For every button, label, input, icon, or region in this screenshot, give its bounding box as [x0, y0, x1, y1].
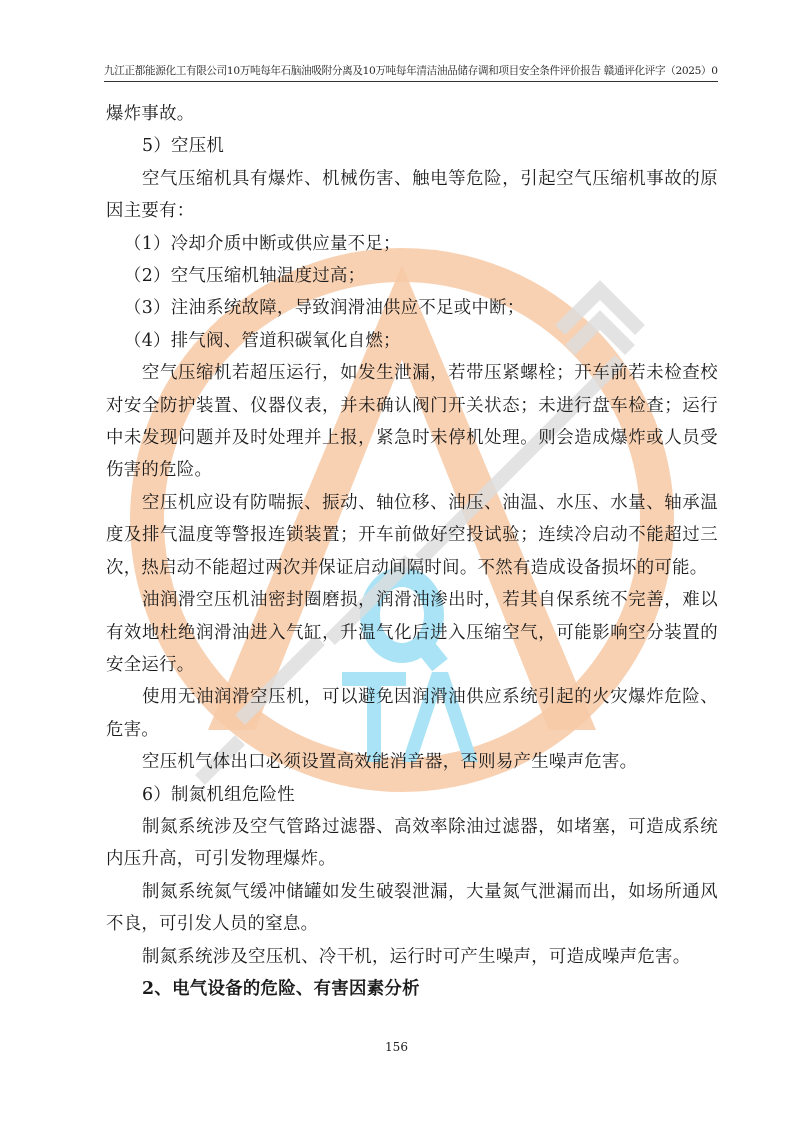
- paragraph: 空气压缩机具有爆炸、机械伤害、触电等危险，引起空气压缩机事故的原因主要有：: [106, 163, 718, 228]
- paragraph: 制氮系统氮气缓冲储罐如发生破裂泄漏，大量氮气泄漏而出，如场所通风不良，可引发人员…: [106, 876, 718, 941]
- paragraph: 空压机应设有防喘振、振动、轴位移、油压、油温、水压、水量、轴承温度及排气温度等警…: [106, 487, 718, 584]
- list-item: （2）空气压缩机轴温度过高；: [106, 260, 718, 292]
- section-heading-6: 6）制氮机组危险性: [106, 779, 718, 811]
- paragraph: 空气压缩机若超压运行，如发生泄漏，若带压紧螺栓；开车前若未检查校对安全防护装置、…: [106, 357, 718, 487]
- paragraph: 油润滑空压机油密封圈磨损，润滑油渗出时，若其自保系统不完善，难以有效地杜绝润滑油…: [106, 584, 718, 681]
- list-item: （4）排气阀、管道积碳氧化自燃；: [106, 325, 718, 357]
- list-item: （1）冷却介质中断或供应量不足；: [106, 228, 718, 260]
- running-header: 九江正都能源化工有限公司10万吨每年石脑油吸附分离及10万吨每年清洁油品储存调和…: [104, 64, 718, 82]
- document-body: 爆炸事故。 5）空压机 空气压缩机具有爆炸、机械伤害、触电等危险，引起空气压缩机…: [106, 98, 718, 1005]
- paragraph: 使用无油润滑空压机，可以避免因润滑油供应系统引起的火灾爆炸危险、危害。: [106, 681, 718, 746]
- section-heading-5: 5）空压机: [106, 130, 718, 162]
- paragraph: 制氮系统涉及空压机、冷干机，运行时可产生噪声，可造成噪声危害。: [106, 941, 718, 973]
- paragraph: 爆炸事故。: [106, 98, 718, 130]
- paragraph: 空压机气体出口必须设置高效能消音器，否则易产生噪声危害。: [106, 746, 718, 778]
- page-number: 156: [0, 1040, 793, 1054]
- list-item: （3）注油系统故障，导致润滑油供应不足或中断；: [106, 292, 718, 324]
- paragraph: 制氮系统涉及空气管路过滤器、高效率除油过滤器，如堵塞，可造成系统内压升高，可引发…: [106, 811, 718, 876]
- section-heading-2: 2、电气设备的危险、有害因素分析: [106, 973, 718, 1005]
